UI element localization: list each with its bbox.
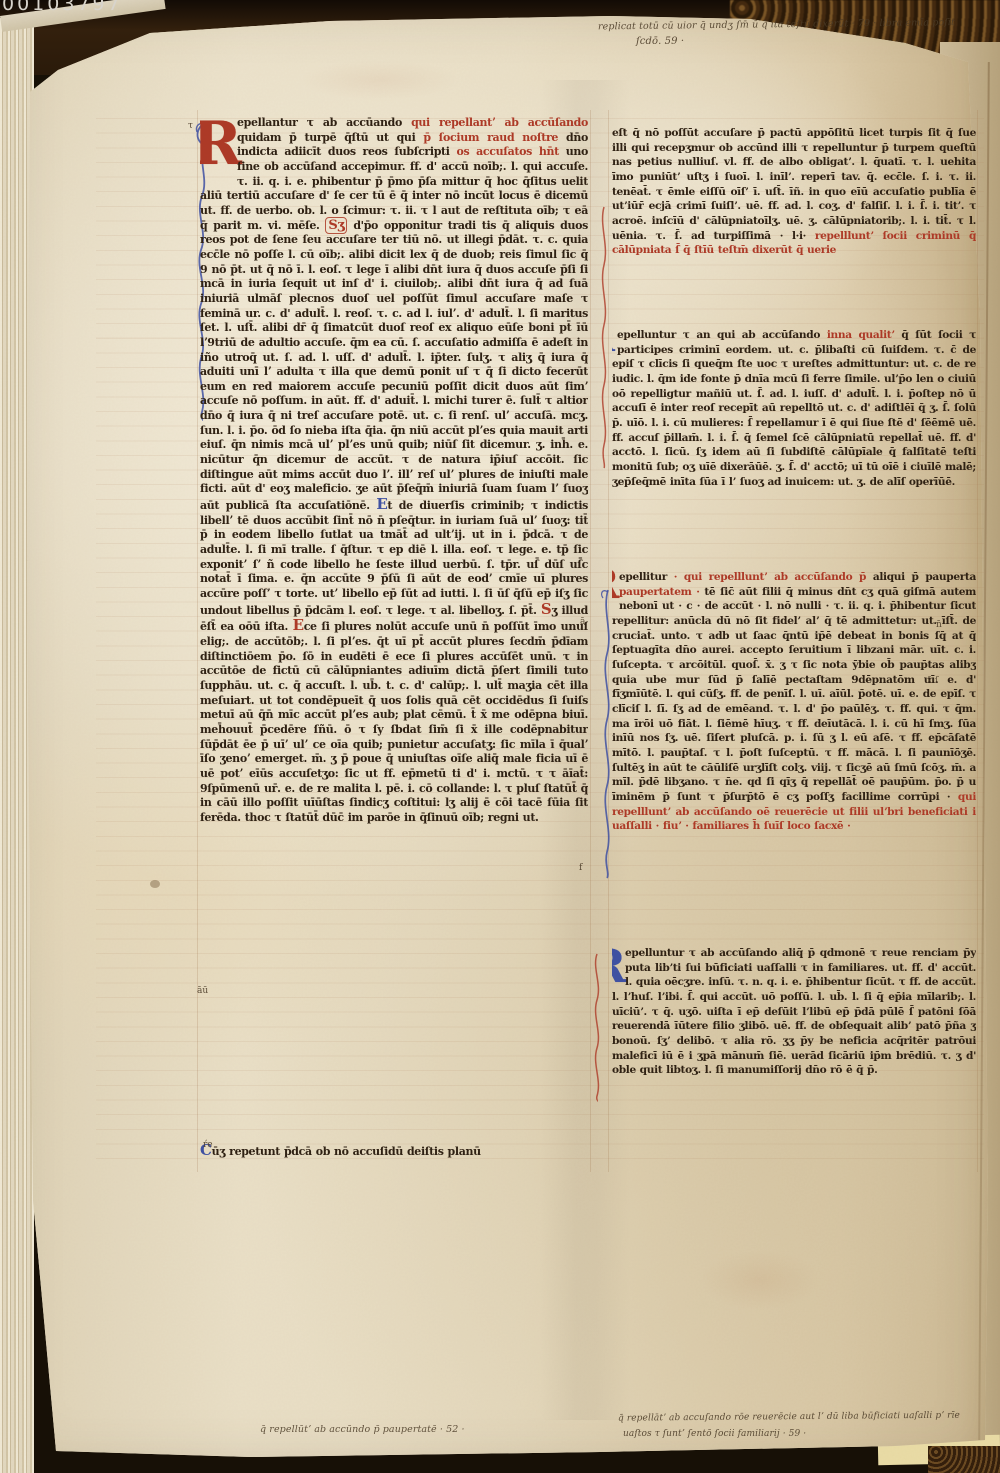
body-text: epellantur τ ab accūando	[237, 116, 411, 129]
rubric-text: E	[293, 616, 304, 634]
text-block: Cūʒ repetunt p̄dcā ob nō accuſidū deiſti…	[200, 1143, 588, 1160]
text-block: Repellantur τ ab accūando qui repellantʼ…	[200, 116, 588, 1144]
manuscript-column-right: eſt q̄ nō poſſūt accuſare p̄ pactū appōſ…	[612, 126, 976, 1136]
body-text: eſt q̄ nō poſſūt accuſare p̄ pactū appōſ…	[612, 127, 976, 242]
text-block: Repellitur · qui repellluntʼ ab accūſand…	[612, 570, 976, 946]
rubric-text: inna qualitʼ	[827, 329, 902, 341]
column-rule	[608, 110, 609, 1172]
body-text: t de diuerſis criminib; τ indictis libel…	[200, 499, 588, 617]
manuscript-column-left: Repellantur τ ab accūando qui repellantʼ…	[200, 116, 588, 1144]
body-text: aliqui p̄ pauperta	[873, 571, 976, 583]
margin-note-aut: āū	[197, 986, 208, 996]
text-block: Repelluntur τ ab accūſando aliq̄ p̄ qdmo…	[612, 946, 976, 1136]
footer-gloss-left: q̄ repellūtʼ ab accūndo p̄ paupertatē · …	[260, 1424, 465, 1435]
footer-gloss-right-line2: uaſtos τ ſuntʼ ſentō ſocii familiarij · …	[623, 1429, 806, 1439]
rubric-text: p̄ ſocium raud noſtre	[423, 131, 566, 144]
illuminated-initial: R	[612, 570, 616, 600]
guide-letter: τ	[188, 121, 193, 131]
text-block: Repelluntur τ an qui ab accūſando inna q…	[612, 328, 976, 570]
header-gloss-number: ſcdō. 59 ·	[636, 36, 684, 47]
manuscript-column-left-lastline: Cūʒ repetunt p̄dcā ob nō accuſidū deiſti…	[200, 1143, 588, 1160]
rubric-text: E	[376, 495, 387, 513]
rubric-text: paupertatem ·	[619, 586, 704, 598]
gutter-note-f: f	[579, 863, 582, 873]
illuminated-initial: R	[612, 946, 622, 988]
body-text: ūʒ repetunt p̄dcā ob nō accuſidū deiſtis…	[212, 1145, 481, 1158]
rubric-text: S	[541, 600, 551, 618]
body-text: epelluntur τ an qui ab accūſando	[617, 329, 827, 341]
rubric-text: · qui repellluntʼ ab accūſando p̄	[674, 571, 873, 583]
manuscript-photo: 00103797 replicat totū cū uior q̄ undʒ ſ…	[0, 0, 1000, 1473]
rubric-text: os accuſatos hn̄t	[456, 145, 565, 158]
body-text: quidam p̄ turpē q̄ſtū ut qui	[237, 131, 423, 144]
body-text: ce ſi plures nolūt accuſe unū n̄ poſſūt …	[200, 620, 588, 824]
column-rule	[977, 110, 978, 1172]
rubric-text: qui repellantʼ ab accūſando	[411, 116, 588, 129]
body-text: d'p̄o opponitur tradi tis q̄ aliquis duo…	[200, 219, 588, 512]
text-block: eſt q̄ nō poſſūt accuſare p̄ pactū appōſ…	[612, 126, 976, 328]
rubric-text: Sʒ	[325, 217, 347, 234]
body-text: epelluntur τ ab accūſando aliq̄ p̄ qdmon…	[612, 947, 976, 1076]
body-text: epellitur	[619, 571, 674, 583]
column-rule	[590, 110, 591, 1172]
margin-note-ke: ŕe	[203, 1140, 213, 1150]
body-text: q̄ ſūt ſocii τ participes criminī eordem…	[612, 329, 976, 488]
illuminated-initial: R	[612, 328, 614, 357]
column-rule	[197, 110, 198, 1172]
gutter-note-a: ā	[580, 617, 585, 627]
right-margin-note: n̄	[936, 620, 942, 630]
body-text: tē ſic̄ aūt filii q̄ minus dn̄t cʒ quā g…	[612, 586, 976, 803]
right-margin-note: x̄·ſ	[927, 676, 938, 686]
binding-corner-curl	[928, 1446, 1000, 1473]
shelfmark: 00103797	[2, 0, 123, 15]
illuminated-initial: R	[200, 117, 234, 175]
